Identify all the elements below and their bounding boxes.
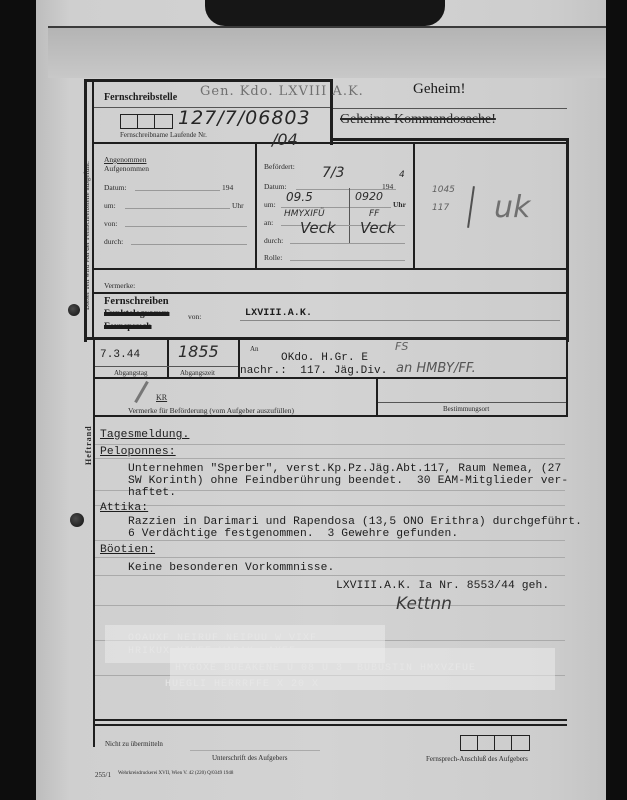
dispatch-time-value: 1855 <box>178 342 219 361</box>
type-from-value: LXVIII.A.K. <box>245 308 312 319</box>
forwarded-via-label: durch: <box>264 236 283 245</box>
faded-line-4: HUEGLI HERRRFFE X 20 X <box>165 679 319 690</box>
forwarded-role-label: Rolle: <box>264 253 282 262</box>
dispatch-route-top: FS <box>395 340 408 353</box>
forwarded-date-label: Datum: <box>264 182 287 191</box>
right-background-edge <box>606 0 627 800</box>
classification-struck: Geheime Kommandosache! <box>340 112 496 128</box>
teletype-name-box-3 <box>154 114 173 129</box>
region-boeotien: Böotien: <box>100 544 155 556</box>
remarks-label: Vermerke: <box>104 281 135 290</box>
forwarded-to-value-2: FF <box>369 209 379 219</box>
region-attika: Attika: <box>100 502 148 514</box>
faded-line-2: HRIKUX XIWEE VADAK AXEF <box>128 646 296 657</box>
faded-line-3: HYGOXE BUEAKENE U 08 U 3 BUBUSTIN HMXVZF… <box>175 663 476 674</box>
forwarded-time-value-2: 0920 <box>355 190 383 203</box>
not-to-transmit-label: Nicht zu übermitteln <box>105 740 163 748</box>
type-title: Fernschreiben <box>104 296 169 307</box>
forwarded-time-label: um: <box>264 200 276 209</box>
attika-line-2: 6 Verdächtige festgenommen. 3 Gewehre ge… <box>128 528 458 540</box>
running-number-sub: /04 <box>272 130 298 149</box>
sender-signature-label: Unterschrift des Aufgebers <box>212 754 287 762</box>
paper-top-edge <box>48 26 606 28</box>
margin-label: Heftrand <box>84 425 93 465</box>
teletype-name-label: Fernschreibname Laufende Nr. <box>120 131 207 139</box>
dispatch-cc-value: nachr.: 117. Jäg.Div. <box>240 365 387 377</box>
received-year: 194 <box>222 183 233 192</box>
received-title-2: Aufgenommen <box>104 164 149 173</box>
phone-box-4 <box>511 735 530 751</box>
teletype-name-box-1 <box>120 114 138 129</box>
running-number-handwritten: 127/7/06803 <box>178 107 311 129</box>
faded-line-1: OOAUXF NEIRUF NEIPUU W VIXF <box>128 633 317 644</box>
station-label: Fernschreibstelle <box>104 92 177 103</box>
peloponnes-line-1: Unternehmen "Sperber", verst.Kp.Pz.Jäg.A… <box>128 463 561 475</box>
phone-box-1 <box>460 735 478 751</box>
pencil-note-line-1: 1045 <box>432 185 455 195</box>
print-info-number: 255/1 <box>95 771 111 779</box>
dispatch-handwritten-route: an HMBY/FF. <box>396 361 476 376</box>
print-info: Wehrkreisdruckerei XVII, Wien V. 42 (220… <box>118 771 233 776</box>
received-time-unit: Uhr <box>232 201 244 210</box>
phone-box-2 <box>477 735 495 751</box>
routing-label: Vermerke für Beförderung (vom Aufgeber a… <box>128 406 294 415</box>
forwarded-year: 194 <box>382 182 393 191</box>
binder-clip <box>205 0 445 26</box>
received-date-label: Datum: <box>104 183 127 192</box>
destination-label: Bestimmungsort <box>443 405 489 413</box>
dispatch-time-label: Abgangszeit <box>180 369 215 377</box>
type-from-label: von: <box>188 312 201 321</box>
dispatch-to-label: An <box>250 345 259 353</box>
forwarded-time-unit: Uhr <box>393 200 406 209</box>
forwarded-to-value-1: HMYXIFÜ <box>284 209 325 219</box>
peloponnes-line-3: haftet. <box>128 487 176 499</box>
boeotien-line-1: Keine besonderen Vorkommnisse. <box>128 562 334 574</box>
station-stamp: Gen. Kdo. LXVIII A.K. <box>200 84 364 99</box>
punch-hole-upper <box>68 304 80 316</box>
phone-box-3 <box>494 735 512 751</box>
dispatch-date-value: 7.3.44 <box>100 349 140 361</box>
type-struck-2: Fernspruch <box>104 322 152 332</box>
forwarded-time-value-1: 09.5 <box>286 190 313 204</box>
forwarded-via-value-2: Veck <box>360 219 396 237</box>
peloponnes-line-2: SW Korinth) ohne Feindberührung beendet.… <box>128 475 568 487</box>
teletype-name-box-2 <box>137 114 155 129</box>
dispatch-date-label: Abgangstag <box>114 369 147 377</box>
forwarded-to-label: an: <box>264 218 273 227</box>
received-title-1: Angenommen <box>104 155 147 164</box>
message-heading: Tagesmeldung. <box>100 429 189 441</box>
forwarded-year-suffix: 4 <box>399 170 405 180</box>
classification-label: Geheim! <box>413 81 465 98</box>
received-via-label: durch: <box>104 237 123 246</box>
pencil-initials: uk <box>494 190 530 225</box>
forwarded-title: Befördert: <box>264 162 295 171</box>
pencil-note-line-2: 117 <box>432 203 449 213</box>
routing-note: KR <box>156 393 167 402</box>
attika-line-1: Razzien in Darimari und Rapendosa (13,5 … <box>128 516 582 528</box>
dispatch-to-value: OKdo. H.Gr. E <box>281 352 368 364</box>
received-time-label: um: <box>104 201 116 210</box>
forwarded-date-value: 7/3 <box>322 165 345 181</box>
reference-number: LXVIII.A.K. Ia Nr. 8553/44 geh. <box>336 580 549 592</box>
received-from-label: von: <box>104 219 117 228</box>
paper-fold-shadow <box>48 28 606 78</box>
phone-label: Fernsprech-Anschluß des Aufgebers <box>426 755 528 763</box>
forwarded-via-value-1: Veck <box>300 219 336 237</box>
punch-hole-lower <box>70 513 84 527</box>
type-struck-1: Funktelegramm <box>104 309 169 319</box>
region-peloponnes: Peloponnes: <box>100 446 176 458</box>
signature: Kettnn <box>396 594 452 614</box>
